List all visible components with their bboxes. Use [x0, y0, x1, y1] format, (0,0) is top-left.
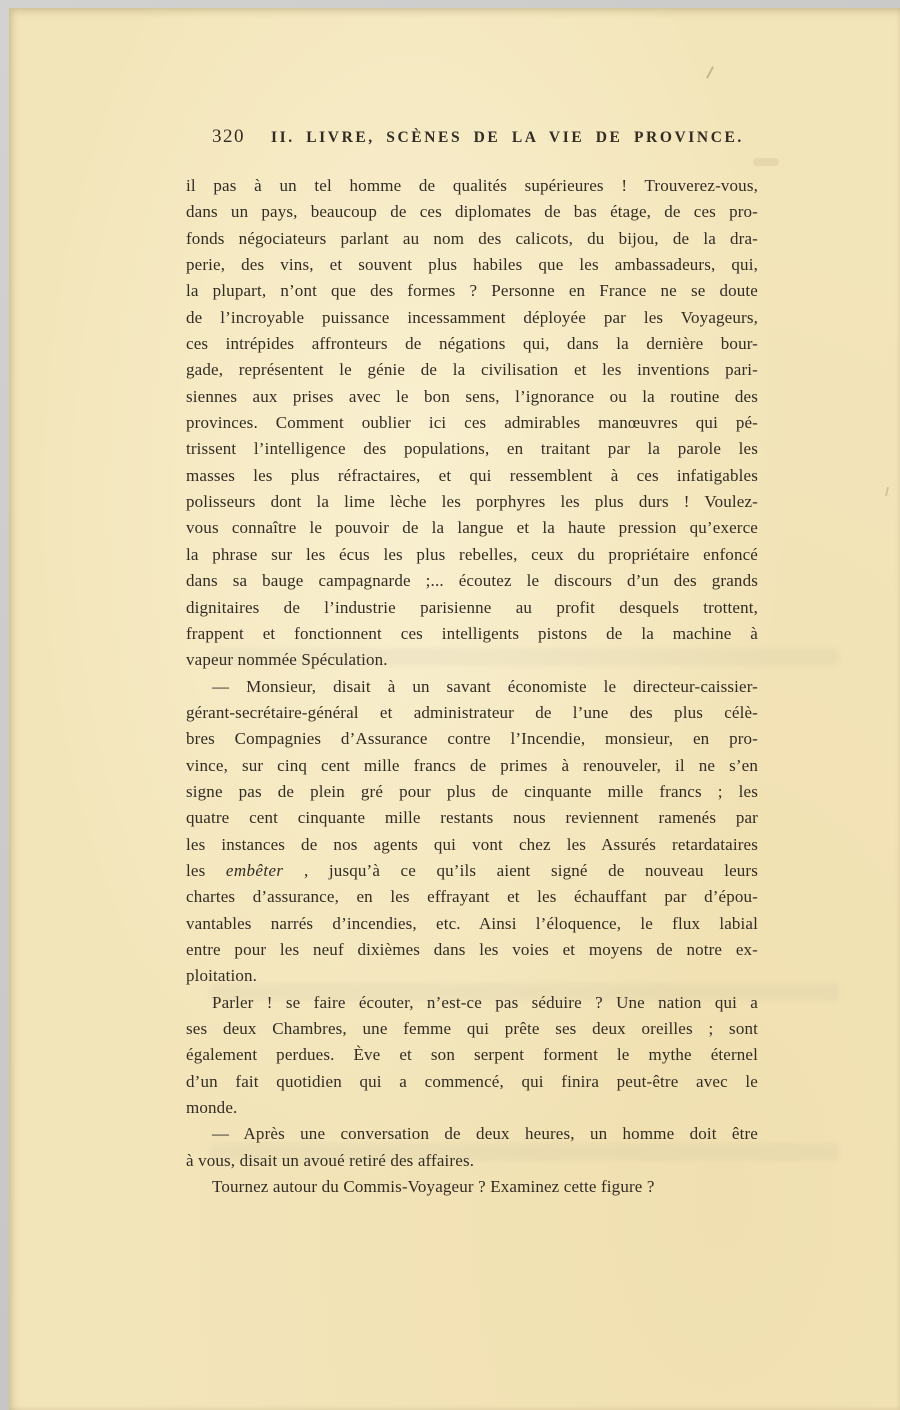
page-header: 320 II. LIVRE, SCÈNES DE LA VIE DE PROVI… [186, 124, 758, 151]
paragraph: Tournez autour du Commis-Voyageur ? Exam… [186, 1174, 758, 1200]
text-line: vantables narrés d’incendies, etc. Ainsi… [186, 911, 758, 937]
paragraph: il pas à un tel homme de qualités supéri… [186, 173, 758, 674]
text-line: la plupart, n’ont que des formes ? Perso… [186, 278, 758, 304]
text-line: Parler ! se faire écouter, n’est-ce pas … [186, 990, 758, 1016]
text-line: ses deux Chambres, une femme qui prête s… [186, 1016, 758, 1042]
text-block: 320 II. LIVRE, SCÈNES DE LA VIE DE PROVI… [186, 124, 758, 1200]
scan-background: 320 II. LIVRE, SCÈNES DE LA VIE DE PROVI… [0, 0, 900, 1410]
text-line: les embêter , jusqu’à ce qu’ils aient si… [186, 858, 758, 884]
text-line: — Monsieur, disait à un savant économist… [186, 674, 758, 700]
running-title: II. LIVRE, SCÈNES DE LA VIE DE PROVINCE. [271, 125, 744, 151]
text-line: ces intrépides affronteurs de négations … [186, 331, 758, 357]
text-line: provinces. Comment oublier ici ces admir… [186, 410, 758, 436]
paragraph: — Monsieur, disait à un savant économist… [186, 674, 758, 990]
text-line: frappent et fonctionnent ces intelligent… [186, 621, 758, 647]
text-line: entre pour les neuf dixièmes dans les vo… [186, 937, 758, 963]
text-line: dans sa bauge campagnarde ;... écoutez l… [186, 568, 758, 594]
scan-artifact [706, 66, 714, 78]
body-text: il pas à un tel homme de qualités supéri… [186, 173, 758, 1200]
text-line: la phrase sur les écus les plus rebelles… [186, 542, 758, 568]
text-line: vous connaître le pouvoir de la langue e… [186, 515, 758, 541]
text-line: de l’incroyable puissance incessamment d… [186, 305, 758, 331]
text-line: il pas à un tel homme de qualités supéri… [186, 173, 758, 199]
scan-artifact [885, 487, 889, 496]
text-line: fonds négociateurs parlant au nom des ca… [186, 226, 758, 252]
text-line: dans un pays, beaucoup de ces diplomates… [186, 199, 758, 225]
text-line: bres Compagnies d’Assurance contre l’Inc… [186, 726, 758, 752]
text-line: les instances de nos agents qui vont che… [186, 832, 758, 858]
text-line: siennes aux prises avec le bon sens, l’i… [186, 384, 758, 410]
text-line: vapeur nommée Spéculation. [186, 647, 758, 673]
paragraph: Parler ! se faire écouter, n’est-ce pas … [186, 990, 758, 1122]
text-line: masses les plus réfractaires, et qui res… [186, 463, 758, 489]
text-line: monde. [186, 1095, 758, 1121]
page-number: 320 [212, 124, 245, 150]
text-line: chartes d’assurance, en les effrayant et… [186, 884, 758, 910]
text-line: ploitation. [186, 963, 758, 989]
text-line: Tournez autour du Commis-Voyageur ? Exam… [186, 1174, 758, 1200]
text-line: d’un fait quotidien qui a commencé, qui … [186, 1069, 758, 1095]
text-line: polisseurs dont la lime lèche les porphy… [186, 489, 758, 515]
text-line: perie, des vins, et souvent plus habiles… [186, 252, 758, 278]
text-line: gade, représentent le génie de la civili… [186, 357, 758, 383]
text-line: dignitaires de l’industrie parisienne au… [186, 595, 758, 621]
text-line: à vous, disait un avoué retiré des affai… [186, 1148, 758, 1174]
text-line: signe pas de plein gré pour plus de cinq… [186, 779, 758, 805]
text-line: — Après une conversation de deux heures,… [186, 1121, 758, 1147]
text-line: gérant-secrétaire-général et administrat… [186, 700, 758, 726]
text-line: quatre cent cinquante mille restants nou… [186, 805, 758, 831]
text-line: également perdues. Ève et son serpent fo… [186, 1042, 758, 1068]
text-line: vince, sur cinq cent mille francs de pri… [186, 753, 758, 779]
paragraph: — Après une conversation de deux heures,… [186, 1121, 758, 1174]
text-line: trissent l’intelligence des populations,… [186, 436, 758, 462]
